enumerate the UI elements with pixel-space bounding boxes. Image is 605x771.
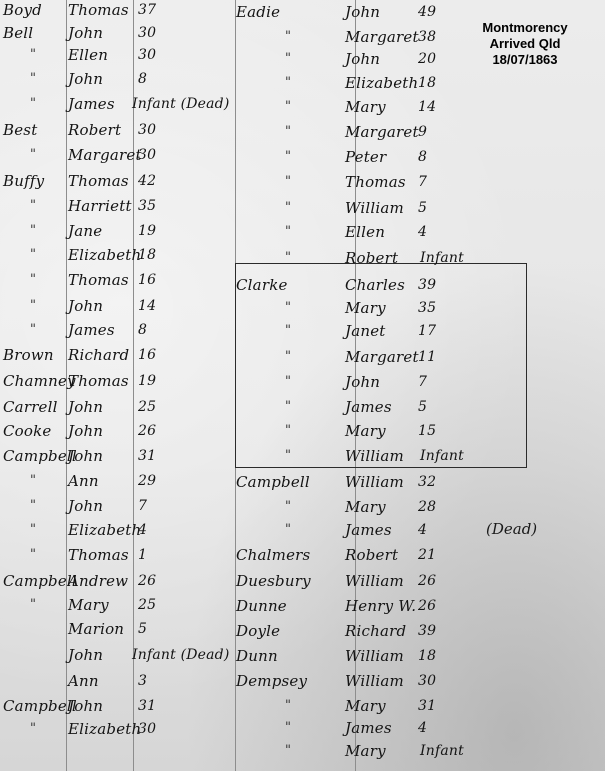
given-name-cell: Mary [345, 422, 386, 440]
given-name-cell: Mary [345, 98, 386, 116]
surname-cell: " [285, 373, 291, 391]
age-cell: 16 [138, 271, 156, 289]
surname-cell: Eadie [236, 3, 280, 21]
surname-cell: " [285, 50, 291, 68]
age-cell: 1 [138, 546, 147, 564]
given-name-cell: John [345, 3, 380, 21]
age-cell: 30 [138, 146, 156, 164]
surname-cell: Campbell [3, 697, 77, 715]
surname-cell: Cooke [3, 422, 52, 440]
given-name-cell: John [68, 297, 103, 315]
given-name-cell: John [68, 70, 103, 88]
age-cell: 7 [418, 173, 427, 191]
given-name-cell: William [345, 473, 404, 491]
given-name-cell: Robert [345, 546, 398, 564]
given-name-cell: John [68, 447, 103, 465]
given-name-cell: Andrew [68, 572, 128, 590]
age-cell: 39 [418, 622, 436, 640]
given-name-cell: Peter [345, 148, 386, 166]
age-cell: 14 [138, 297, 156, 315]
given-name-cell: William [345, 572, 404, 590]
given-name-cell: James [345, 719, 392, 737]
age-cell: 21 [418, 546, 436, 564]
surname-cell: " [285, 223, 291, 241]
age-cell: Infant [420, 447, 464, 465]
age-cell: 39 [418, 276, 436, 294]
surname-cell: " [285, 123, 291, 141]
given-name-cell: James [345, 521, 392, 539]
age-cell: 9 [418, 123, 427, 141]
surname-cell: Boyd [3, 1, 42, 19]
given-name-cell: Mary [345, 498, 386, 516]
surname-cell: " [285, 28, 291, 46]
age-cell: 15 [418, 422, 436, 440]
given-name-cell: John [345, 50, 380, 68]
surname-cell: " [285, 447, 291, 465]
age-cell: 26 [138, 422, 156, 440]
given-name-cell: Henry W. [345, 597, 416, 615]
age-cell: Infant (Dead) [132, 95, 230, 113]
surname-cell: " [285, 199, 291, 217]
given-name-cell: Ellen [68, 46, 108, 64]
surname-cell: " [30, 297, 36, 315]
surname-cell: Clarke [236, 276, 288, 294]
given-name-cell: John [68, 697, 103, 715]
surname-cell: " [285, 249, 291, 267]
given-name-cell: Harriett [68, 197, 132, 215]
surname-cell: " [30, 70, 36, 88]
surname-cell: " [30, 546, 36, 564]
surname-cell: " [285, 742, 291, 760]
age-cell: 18 [138, 246, 156, 264]
surname-cell: " [30, 95, 36, 113]
surname-cell: Bell [3, 24, 33, 42]
surname-cell: Chalmers [236, 546, 310, 564]
age-cell: 19 [138, 372, 156, 390]
age-cell: 20 [418, 50, 436, 68]
age-cell: 3 [138, 672, 147, 690]
given-name-cell: William [345, 447, 404, 465]
given-name-cell: Richard [68, 346, 129, 364]
given-name-cell: Jane [68, 222, 102, 240]
surname-cell: " [30, 146, 36, 164]
surname-cell: " [285, 98, 291, 116]
given-name-cell: Elizabeth [68, 246, 141, 264]
given-name-cell: Janet [345, 322, 386, 340]
age-cell: 8 [138, 321, 147, 339]
age-cell: 26 [418, 597, 436, 615]
surname-cell: " [30, 472, 36, 490]
age-cell: 17 [418, 322, 436, 340]
given-name-cell: William [345, 672, 404, 690]
age-cell: 38 [418, 28, 436, 46]
age-cell: 7 [418, 373, 427, 391]
given-name-cell: Thomas [68, 172, 129, 190]
surname-cell: " [285, 719, 291, 737]
age-cell: 4 [418, 223, 427, 241]
arrival-date: 18/07/1863 [455, 52, 595, 68]
ship-name: Montmorency [455, 20, 595, 36]
age-cell: 8 [138, 70, 147, 88]
surname-cell: " [285, 299, 291, 317]
age-cell: 19 [138, 222, 156, 240]
surname-cell: " [285, 521, 291, 539]
surname-cell: " [30, 321, 36, 339]
surname-cell: " [30, 46, 36, 64]
surname-cell: Carrell [3, 398, 58, 416]
given-name-cell: Mary [68, 596, 109, 614]
age-cell: 4 [138, 521, 147, 539]
surname-cell: " [285, 173, 291, 191]
age-cell: 37 [138, 1, 156, 19]
given-name-cell: James [68, 95, 115, 113]
surname-cell: Doyle [236, 622, 280, 640]
ship-title-block: Montmorency Arrived Qld 18/07/1863 [455, 20, 595, 68]
age-cell: 18 [418, 647, 436, 665]
surname-cell: " [30, 521, 36, 539]
given-name-cell: James [345, 398, 392, 416]
surname-cell: " [285, 422, 291, 440]
surname-cell: " [285, 148, 291, 166]
surname-cell: Campbell [3, 447, 77, 465]
given-name-cell: Robert [68, 121, 121, 139]
age-cell: 4 [418, 719, 427, 737]
given-name-cell: Elizabeth [68, 720, 141, 738]
given-name-cell: William [345, 647, 404, 665]
surname-cell: " [30, 246, 36, 264]
age-cell: 35 [138, 197, 156, 215]
surname-cell: " [285, 697, 291, 715]
given-name-cell: Mary [345, 697, 386, 715]
age-cell: 35 [418, 299, 436, 317]
given-name-cell: Charles [345, 276, 405, 294]
age-cell: 5 [138, 620, 147, 638]
age-cell: 30 [418, 672, 436, 690]
age-cell: 42 [138, 172, 156, 190]
age-cell: 49 [418, 3, 436, 21]
given-name-cell: James [68, 321, 115, 339]
age-cell: 26 [138, 572, 156, 590]
age-cell: Infant [420, 742, 464, 760]
age-cell: 31 [418, 697, 436, 715]
surname-cell: Dunn [236, 647, 278, 665]
given-name-cell: Thomas [68, 1, 129, 19]
age-cell: 5 [418, 398, 427, 416]
given-name-cell: Thomas [345, 173, 406, 191]
given-name-cell: Richard [345, 622, 406, 640]
given-name-cell: Thomas [68, 271, 129, 289]
dead-annotation: (Dead) [486, 520, 537, 538]
surname-cell: Dunne [236, 597, 287, 615]
surname-cell: " [30, 197, 36, 215]
given-name-cell: Margaret [345, 28, 419, 46]
surname-cell: Brown [3, 346, 54, 364]
age-cell: 29 [138, 472, 156, 490]
given-name-cell: Mary [345, 299, 386, 317]
age-cell: 8 [418, 148, 427, 166]
age-cell: 18 [418, 74, 436, 92]
given-name-cell: John [68, 24, 103, 42]
surname-cell: Chamney [3, 372, 76, 390]
age-cell: 30 [138, 24, 156, 42]
surname-cell: " [285, 348, 291, 366]
age-cell: 30 [138, 46, 156, 64]
age-cell: 25 [138, 596, 156, 614]
given-name-cell: Robert [345, 249, 398, 267]
surname-cell: " [30, 720, 36, 738]
arrival-label: Arrived Qld [455, 36, 595, 52]
given-name-cell: Thomas [68, 372, 129, 390]
given-name-cell: Elizabeth [345, 74, 418, 92]
given-name-cell: William [345, 199, 404, 217]
given-name-cell: Margaret [68, 146, 142, 164]
age-cell: 11 [418, 348, 436, 366]
age-cell: 32 [418, 473, 436, 491]
age-cell: 16 [138, 346, 156, 364]
given-name-cell: Thomas [68, 546, 129, 564]
age-cell: 30 [138, 121, 156, 139]
given-name-cell: Ellen [345, 223, 385, 241]
given-name-cell: Marion [68, 620, 124, 638]
surname-cell: " [285, 398, 291, 416]
surname-cell: " [30, 596, 36, 614]
surname-cell: " [30, 222, 36, 240]
given-name-cell: John [68, 422, 103, 440]
given-name-cell: John [345, 373, 380, 391]
surname-cell: Duesbury [236, 572, 311, 590]
given-name-cell: Mary [345, 742, 386, 760]
given-name-cell: John [68, 646, 103, 664]
given-name-cell: Elizabeth [68, 521, 141, 539]
surname-cell: " [30, 271, 36, 289]
age-cell: Infant [420, 249, 464, 267]
surname-cell: " [285, 498, 291, 516]
age-cell: 4 [418, 521, 427, 539]
surname-cell: " [30, 497, 36, 515]
surname-cell: Buffy [3, 172, 44, 190]
age-cell: 28 [418, 498, 436, 516]
given-name-cell: Margaret [345, 348, 419, 366]
age-cell: 31 [138, 697, 156, 715]
surname-cell: " [285, 74, 291, 92]
age-cell: 31 [138, 447, 156, 465]
age-cell: 26 [418, 572, 436, 590]
age-cell: 25 [138, 398, 156, 416]
age-cell: 5 [418, 199, 427, 217]
age-cell: Infant (Dead) [132, 646, 230, 664]
given-name-cell: Margaret [345, 123, 419, 141]
surname-cell: Campbell [236, 473, 310, 491]
age-cell: 30 [138, 720, 156, 738]
surname-cell: Dempsey [236, 672, 307, 690]
age-cell: 14 [418, 98, 436, 116]
given-name-cell: Ann [68, 472, 99, 490]
surname-cell: Best [3, 121, 37, 139]
given-name-cell: John [68, 497, 103, 515]
surname-cell: Campbell [3, 572, 77, 590]
given-name-cell: John [68, 398, 103, 416]
surname-cell: " [285, 322, 291, 340]
age-cell: 7 [138, 497, 147, 515]
given-name-cell: Ann [68, 672, 99, 690]
